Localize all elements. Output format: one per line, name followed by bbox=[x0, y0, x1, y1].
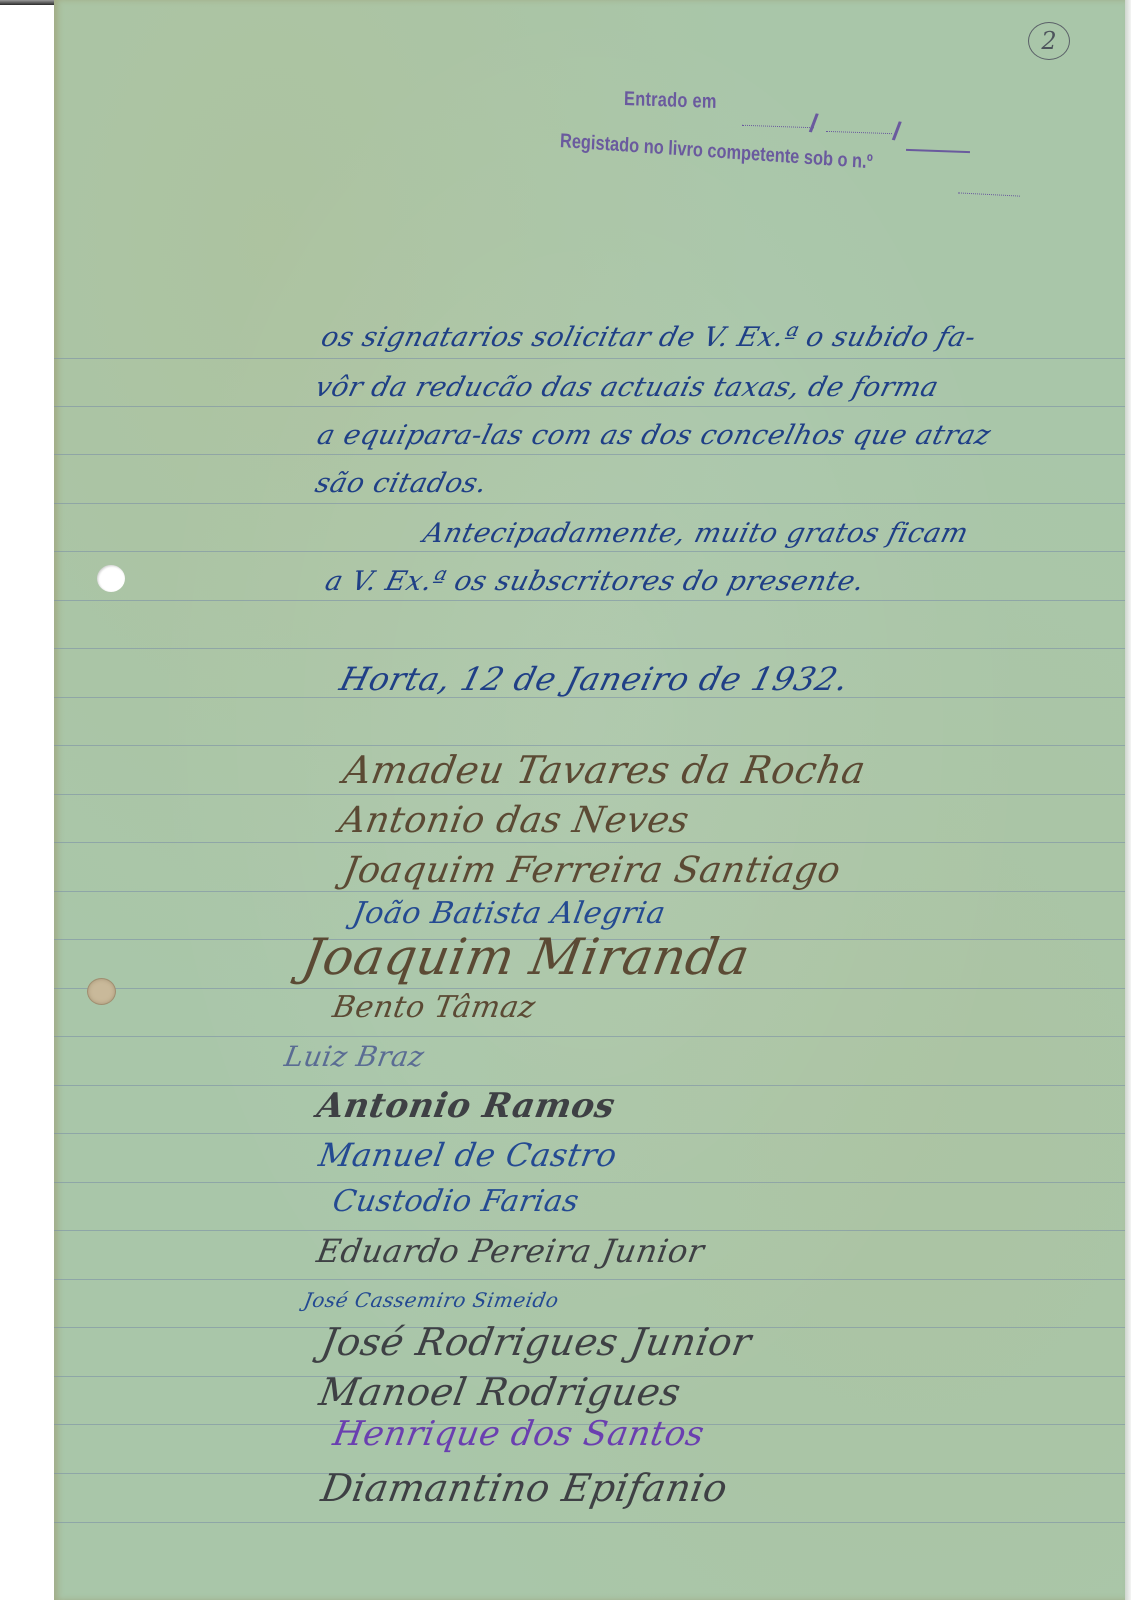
ruled-line bbox=[54, 454, 1125, 455]
ruled-line bbox=[54, 988, 1125, 989]
letter-line: são citados. bbox=[312, 468, 491, 499]
letter-line: a V. Ex.ª os subscritores do presente. bbox=[322, 566, 868, 597]
ruled-line bbox=[54, 1279, 1125, 1280]
letter-line: vôr da reducão das actuais taxas, de for… bbox=[312, 372, 942, 403]
stamp-entered-label: Entrado em bbox=[624, 88, 717, 114]
letter-line: Antecipadamente, muito gratos ficam bbox=[420, 518, 972, 549]
scan-edge-bar bbox=[0, 0, 54, 5]
signature: Henrique dos Santos bbox=[330, 1414, 707, 1454]
signature: José Cassemiro Simeido bbox=[302, 1288, 561, 1312]
punch-hole bbox=[97, 565, 125, 592]
ruled-line bbox=[54, 891, 1125, 892]
ruled-line bbox=[54, 842, 1125, 843]
ruled-line bbox=[54, 1133, 1125, 1134]
signature: João Batista Alegria bbox=[350, 896, 668, 931]
ruled-line bbox=[54, 503, 1125, 504]
letter-line: os signatarios solicitar de V. Ex.ª o su… bbox=[318, 322, 979, 353]
signature: Antonio das Neves bbox=[336, 800, 692, 841]
paper-right-edge bbox=[1125, 0, 1131, 1600]
signature: Manoel Rodrigues bbox=[316, 1370, 684, 1414]
signature: Joaquim Miranda bbox=[298, 928, 754, 986]
ruled-line bbox=[54, 600, 1125, 601]
ruled-line bbox=[54, 648, 1125, 649]
signature: Antonio Ramos bbox=[314, 1086, 618, 1126]
ruled-line bbox=[54, 1036, 1125, 1037]
ruled-line bbox=[54, 1230, 1125, 1231]
signature: Diamantino Epifanio bbox=[318, 1466, 731, 1510]
signature: Eduardo Pereira Junior bbox=[314, 1232, 707, 1270]
ruled-line bbox=[54, 1182, 1125, 1183]
ruled-line bbox=[54, 406, 1125, 407]
letter-line: a equipara-las com as dos concelhos que … bbox=[314, 420, 994, 451]
ruled-line bbox=[54, 358, 1125, 359]
ruled-line bbox=[54, 1522, 1125, 1523]
signature: Amadeu Tavares da Rocha bbox=[340, 748, 869, 792]
ruled-line bbox=[54, 794, 1125, 795]
signature: José Rodrigues Junior bbox=[318, 1320, 755, 1364]
signature: Bento Tâmaz bbox=[330, 990, 538, 1025]
ruled-line bbox=[54, 551, 1125, 552]
signature: Joaquim Ferreira Santiago bbox=[340, 850, 844, 891]
ruled-line bbox=[54, 745, 1125, 746]
letter-dateline: Horta, 12 de Janeiro de 1932. bbox=[336, 660, 853, 698]
punch-hole-patched bbox=[87, 978, 116, 1005]
page-number: 2 bbox=[1028, 22, 1070, 60]
signature: Custodio Farias bbox=[330, 1184, 582, 1219]
signature: Manuel de Castro bbox=[316, 1136, 620, 1174]
signature: Luiz Braz bbox=[282, 1040, 427, 1073]
